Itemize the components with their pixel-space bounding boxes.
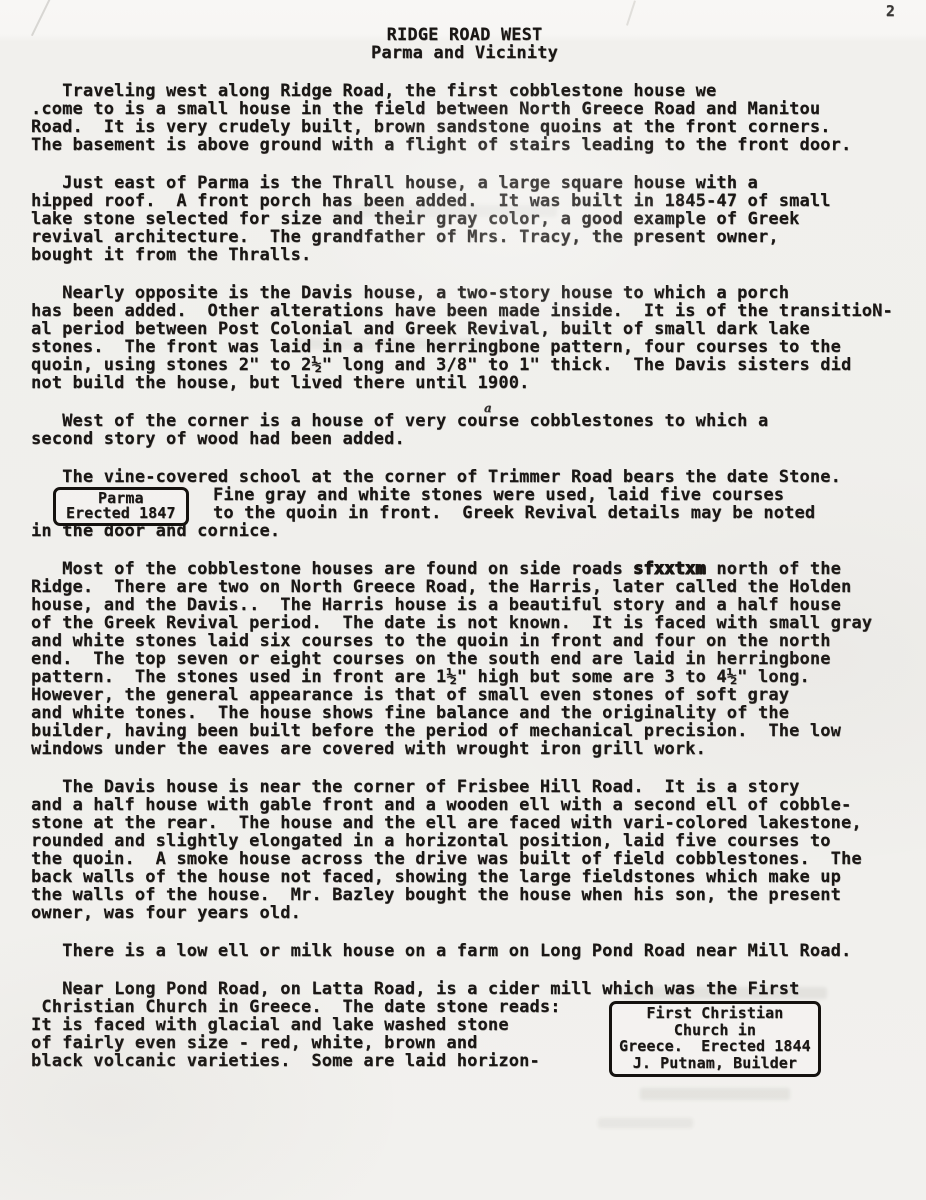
parma-datestone-box: Parma Erected 1847 bbox=[53, 487, 189, 526]
text-line: The basement is above ground with a flig… bbox=[31, 136, 898, 154]
paragraph-milk-house: There is a low ell or milk house on a fa… bbox=[31, 942, 898, 960]
document-content: RIDGE ROAD WEST Parma and Vicinity Trave… bbox=[0, 0, 926, 1070]
text-line: stones. The front was laid in a fine her… bbox=[31, 338, 898, 356]
text-segment: north of the bbox=[706, 559, 841, 579]
text-line: owner, was four years old. bbox=[31, 904, 898, 922]
paragraph-davis-house-frisbee: The Davis house is near the corner of Fr… bbox=[31, 778, 898, 922]
text-line: Road. It is very crudely built, brown sa… bbox=[31, 118, 898, 136]
text-line: stone at the rear. The house and the ell… bbox=[31, 814, 898, 832]
text-line: quoin, using stones 2" to 2½" long and 3… bbox=[31, 356, 898, 374]
paragraph-first-cobblestone-house: Traveling west along Ridge Road, the fir… bbox=[31, 82, 898, 154]
datestone-line: Greece. Erected 1844 bbox=[619, 1038, 811, 1055]
bleed-through-artifact bbox=[640, 1088, 790, 1100]
paragraph-side-road-houses: Most of the cobblestone houses are found… bbox=[31, 560, 898, 758]
handwritten-insert-mark: a bbox=[484, 402, 492, 414]
text-line: pattern. The stones used in front are 1½… bbox=[31, 668, 898, 686]
text-line: hipped roof. A front porch has been adde… bbox=[31, 192, 898, 210]
datestone-line: First Christian bbox=[619, 1005, 811, 1022]
text-line: the quoin. A smoke house across the driv… bbox=[31, 850, 898, 868]
text-line: the walls of the house. Mr. Bazley bough… bbox=[31, 886, 898, 904]
document-page: 2 RIDGE ROAD WEST Parma and Vicinity Tra… bbox=[0, 0, 926, 1200]
text-line: Nearly opposite is the Davis house, a tw… bbox=[31, 284, 898, 302]
text-line: However, the general appearance is that … bbox=[31, 686, 898, 704]
text-line: West of the corner is a house of very co… bbox=[31, 412, 898, 430]
bleed-through-artifact bbox=[598, 1118, 693, 1128]
text-line: Near Long Pond Road, on Latta Road, is a… bbox=[31, 980, 898, 998]
text-line: bought it from the Thralls. bbox=[31, 246, 898, 264]
text-line: The Davis house is near the corner of Fr… bbox=[31, 778, 898, 796]
text-line: .come to is a small house in the field b… bbox=[31, 100, 898, 118]
text-line: and white tones. The house shows fine ba… bbox=[31, 704, 898, 722]
text-line: al period between Post Colonial and Gree… bbox=[31, 320, 898, 338]
doc-subtitle: Parma and Vicinity bbox=[31, 44, 898, 62]
text-line: Ridge. There are two on North Greece Roa… bbox=[31, 578, 898, 596]
text-line: windows under the eaves are covered with… bbox=[31, 740, 898, 758]
text-line: and a half house with gable front and a … bbox=[31, 796, 898, 814]
text-line: builder, having been built before the pe… bbox=[31, 722, 898, 740]
struck-out-word: sfxxtxm bbox=[633, 559, 706, 579]
text-line: of the Greek Revival period. The date is… bbox=[31, 614, 898, 632]
text-line: The vine-covered school at the corner of… bbox=[31, 468, 898, 486]
text-line: Just east of Parma is the Thrall house, … bbox=[31, 174, 898, 192]
doc-title: RIDGE ROAD WEST bbox=[31, 26, 898, 44]
text-segment: Most of the cobblestone houses are found… bbox=[31, 559, 633, 579]
text-line: end. The top seven or eight courses on t… bbox=[31, 650, 898, 668]
text-line: lake stone selected for size and their g… bbox=[31, 210, 898, 228]
document-header: RIDGE ROAD WEST Parma and Vicinity bbox=[31, 26, 898, 62]
datestone-line: Erected 1847 bbox=[66, 506, 176, 521]
text-line: has been added. Other alterations have b… bbox=[31, 302, 898, 320]
text-line: and white stones laid six courses to the… bbox=[31, 632, 898, 650]
text-line: house, and the Davis.. The Harris house … bbox=[31, 596, 898, 614]
text-line: revival architecture. The grandfather of… bbox=[31, 228, 898, 246]
paragraph-vine-covered-school: Parma Erected 1847 The vine-covered scho… bbox=[31, 468, 898, 540]
datestone-line: Church in bbox=[619, 1022, 811, 1039]
church-datestone-box: First Christian Church in Greece. Erecte… bbox=[609, 1001, 821, 1077]
paragraph-coarse-cobblestone-house: a West of the corner is a house of very … bbox=[31, 412, 898, 448]
text-line: There is a low ell or milk house on a fa… bbox=[31, 942, 898, 960]
page-number: 2 bbox=[886, 2, 895, 20]
paragraph-cider-mill-church: First Christian Church in Greece. Erecte… bbox=[31, 980, 898, 1070]
text-line: back walls of the house not faced, showi… bbox=[31, 868, 898, 886]
text-line: second story of wood had been added. bbox=[31, 430, 898, 448]
datestone-line: J. Putnam, Builder bbox=[619, 1055, 811, 1072]
text-line: rounded and slightly elongated in a hori… bbox=[31, 832, 898, 850]
paragraph-davis-house-opposite: Nearly opposite is the Davis house, a tw… bbox=[31, 284, 898, 392]
paragraph-thrall-house: Just east of Parma is the Thrall house, … bbox=[31, 174, 898, 264]
text-line: Traveling west along Ridge Road, the fir… bbox=[31, 82, 898, 100]
text-line: not build the house, but lived there unt… bbox=[31, 374, 898, 392]
text-line: Most of the cobblestone houses are found… bbox=[31, 560, 898, 578]
